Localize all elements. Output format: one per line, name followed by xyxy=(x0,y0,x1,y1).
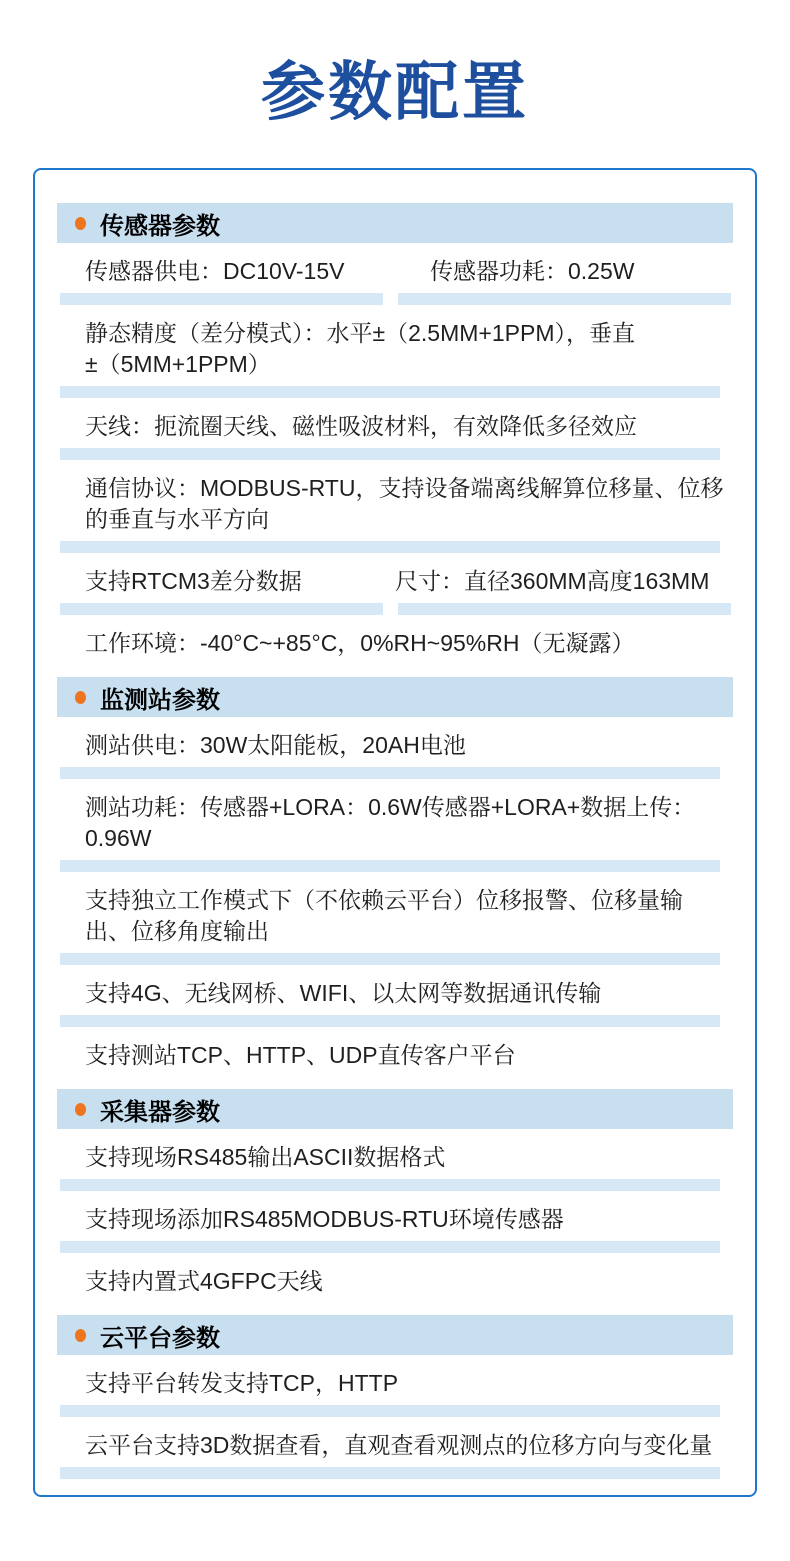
spec-text: 通信协议：MODBUS-RTU，支持设备端离线解算位移量、位移的垂直与水平方向 xyxy=(57,473,733,535)
spec-text: 支持测站TCP、HTTP、UDP直传客户平台 xyxy=(57,1040,733,1071)
page-title: 参数配置 xyxy=(0,50,790,134)
bullet-icon xyxy=(75,1103,86,1116)
spec-text: 支持平台转发支持TCP，HTTP xyxy=(57,1368,733,1399)
divider-bar xyxy=(60,1015,720,1027)
divider-bar xyxy=(60,860,720,872)
divider-bar xyxy=(60,1179,720,1191)
spec-text: 云平台支持3D数据查看，直观查看观测点的位移方向与变化量 xyxy=(57,1430,733,1461)
divider-bar xyxy=(60,953,720,965)
section-title: 采集器参数 xyxy=(100,1092,220,1127)
divider-bar xyxy=(60,767,720,779)
spec-text: 传感器供电：DC10V-15V xyxy=(57,256,385,287)
spec-text: 传感器功耗：0.25W xyxy=(395,256,733,287)
spec-text: 支持RTCM3差分数据 xyxy=(57,566,385,597)
spec-cell: 传感器功耗：0.25W xyxy=(395,256,733,305)
spec-text: 测站供电：30W太阳能板，20AH电池 xyxy=(57,730,733,761)
divider-bar xyxy=(60,603,383,615)
spec-panel: 传感器参数 传感器供电：DC10V-15V 传感器功耗：0.25W 静态精度（差… xyxy=(33,168,757,1497)
spec-row: 支持独立工作模式下（不依赖云平台）位移报警、位移量输出、位移角度输出 xyxy=(57,885,733,965)
spec-text: 静态精度（差分模式）：水平±（2.5MM+1PPM），垂直±（5MM+1PPM） xyxy=(57,318,733,380)
spec-row: 工作环境：-40°C~+85°C，0%RH~95%RH（无凝露） xyxy=(57,628,733,659)
section-header-sensor: 传感器参数 xyxy=(57,203,733,243)
bullet-icon xyxy=(75,691,86,704)
spec-row: 传感器供电：DC10V-15V 传感器功耗：0.25W xyxy=(57,256,733,305)
spec-cell: 尺寸：直径360MM高度163MM xyxy=(395,566,733,615)
spec-row: 测站供电：30W太阳能板，20AH电池 xyxy=(57,730,733,779)
spec-text: 尺寸：直径360MM高度163MM xyxy=(395,566,733,597)
section-title: 传感器参数 xyxy=(100,206,220,241)
section-title: 云平台参数 xyxy=(100,1318,220,1353)
bullet-icon xyxy=(75,1329,86,1342)
divider-bar xyxy=(60,293,383,305)
divider-bar xyxy=(60,541,720,553)
spec-cell: 传感器供电：DC10V-15V xyxy=(57,256,385,305)
spec-text: 支持4G、无线网桥、WIFI、以太网等数据通讯传输 xyxy=(57,978,733,1009)
spec-row: 支持4G、无线网桥、WIFI、以太网等数据通讯传输 xyxy=(57,978,733,1027)
divider-bar xyxy=(398,603,731,615)
section-header-cloud: 云平台参数 xyxy=(57,1315,733,1355)
spec-row: 天线：扼流圈天线、磁性吸波材料，有效降低多径效应 xyxy=(57,411,733,460)
spec-row: 支持现场RS485输出ASCII数据格式 xyxy=(57,1142,733,1191)
spec-text: 支持现场RS485输出ASCII数据格式 xyxy=(57,1142,733,1173)
spec-row: 测站功耗：传感器+LORA：0.6W传感器+LORA+数据上传：0.96W xyxy=(57,792,733,872)
spec-row: 云平台支持3D数据查看，直观查看观测点的位移方向与变化量 xyxy=(57,1430,733,1479)
divider-bar xyxy=(60,386,720,398)
spec-row: 通信协议：MODBUS-RTU，支持设备端离线解算位移量、位移的垂直与水平方向 xyxy=(57,473,733,553)
bullet-icon xyxy=(75,217,86,230)
spec-row: 支持RTCM3差分数据 尺寸：直径360MM高度163MM xyxy=(57,566,733,615)
spec-row: 支持内置式4GFPC天线 xyxy=(57,1266,733,1297)
divider-bar xyxy=(60,448,720,460)
divider-bar xyxy=(60,1467,720,1479)
section-header-collector: 采集器参数 xyxy=(57,1089,733,1129)
section-title: 监测站参数 xyxy=(100,680,220,715)
spec-text: 测站功耗：传感器+LORA：0.6W传感器+LORA+数据上传：0.96W xyxy=(57,792,733,854)
spec-row: 支持测站TCP、HTTP、UDP直传客户平台 xyxy=(57,1040,733,1071)
spec-text: 天线：扼流圈天线、磁性吸波材料，有效降低多径效应 xyxy=(57,411,733,442)
divider-bar xyxy=(60,1405,720,1417)
divider-bar xyxy=(60,1241,720,1253)
spec-row: 静态精度（差分模式）：水平±（2.5MM+1PPM），垂直±（5MM+1PPM） xyxy=(57,318,733,398)
spec-text: 支持现场添加RS485MODBUS-RTU环境传感器 xyxy=(57,1204,733,1235)
spec-row: 支持平台转发支持TCP，HTTP xyxy=(57,1368,733,1417)
spec-cell: 支持RTCM3差分数据 xyxy=(57,566,385,615)
section-header-station: 监测站参数 xyxy=(57,677,733,717)
spec-text: 支持内置式4GFPC天线 xyxy=(57,1266,733,1297)
spec-text: 支持独立工作模式下（不依赖云平台）位移报警、位移量输出、位移角度输出 xyxy=(57,885,733,947)
spec-text: 工作环境：-40°C~+85°C，0%RH~95%RH（无凝露） xyxy=(57,628,733,659)
spec-row: 支持现场添加RS485MODBUS-RTU环境传感器 xyxy=(57,1204,733,1253)
divider-bar xyxy=(398,293,731,305)
